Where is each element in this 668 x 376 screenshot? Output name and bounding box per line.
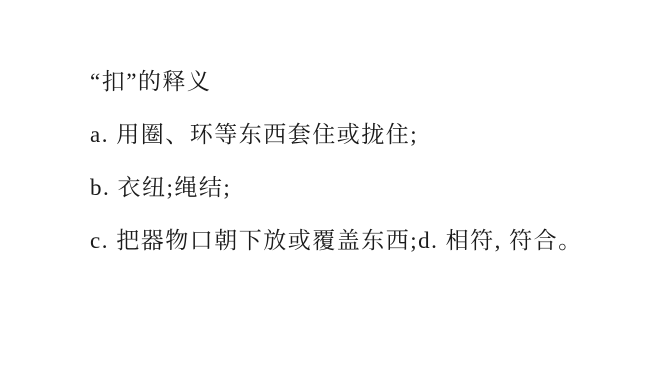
slide-text-block: “扣”的释义 a. 用圈、环等东西套住或拢住; b. 衣纽;绳结; c. 把器物…: [90, 70, 628, 282]
definition-line-cd: c. 把器物口朝下放或覆盖东西;d. 相符, 符合。: [90, 229, 628, 253]
definition-line-b: b. 衣纽;绳结;: [90, 176, 628, 200]
slide: “扣”的释义 a. 用圈、环等东西套住或拢住; b. 衣纽;绳结; c. 把器物…: [0, 0, 668, 376]
slide-title: “扣”的释义: [90, 70, 628, 94]
definition-line-a: a. 用圈、环等东西套住或拢住;: [90, 123, 628, 147]
